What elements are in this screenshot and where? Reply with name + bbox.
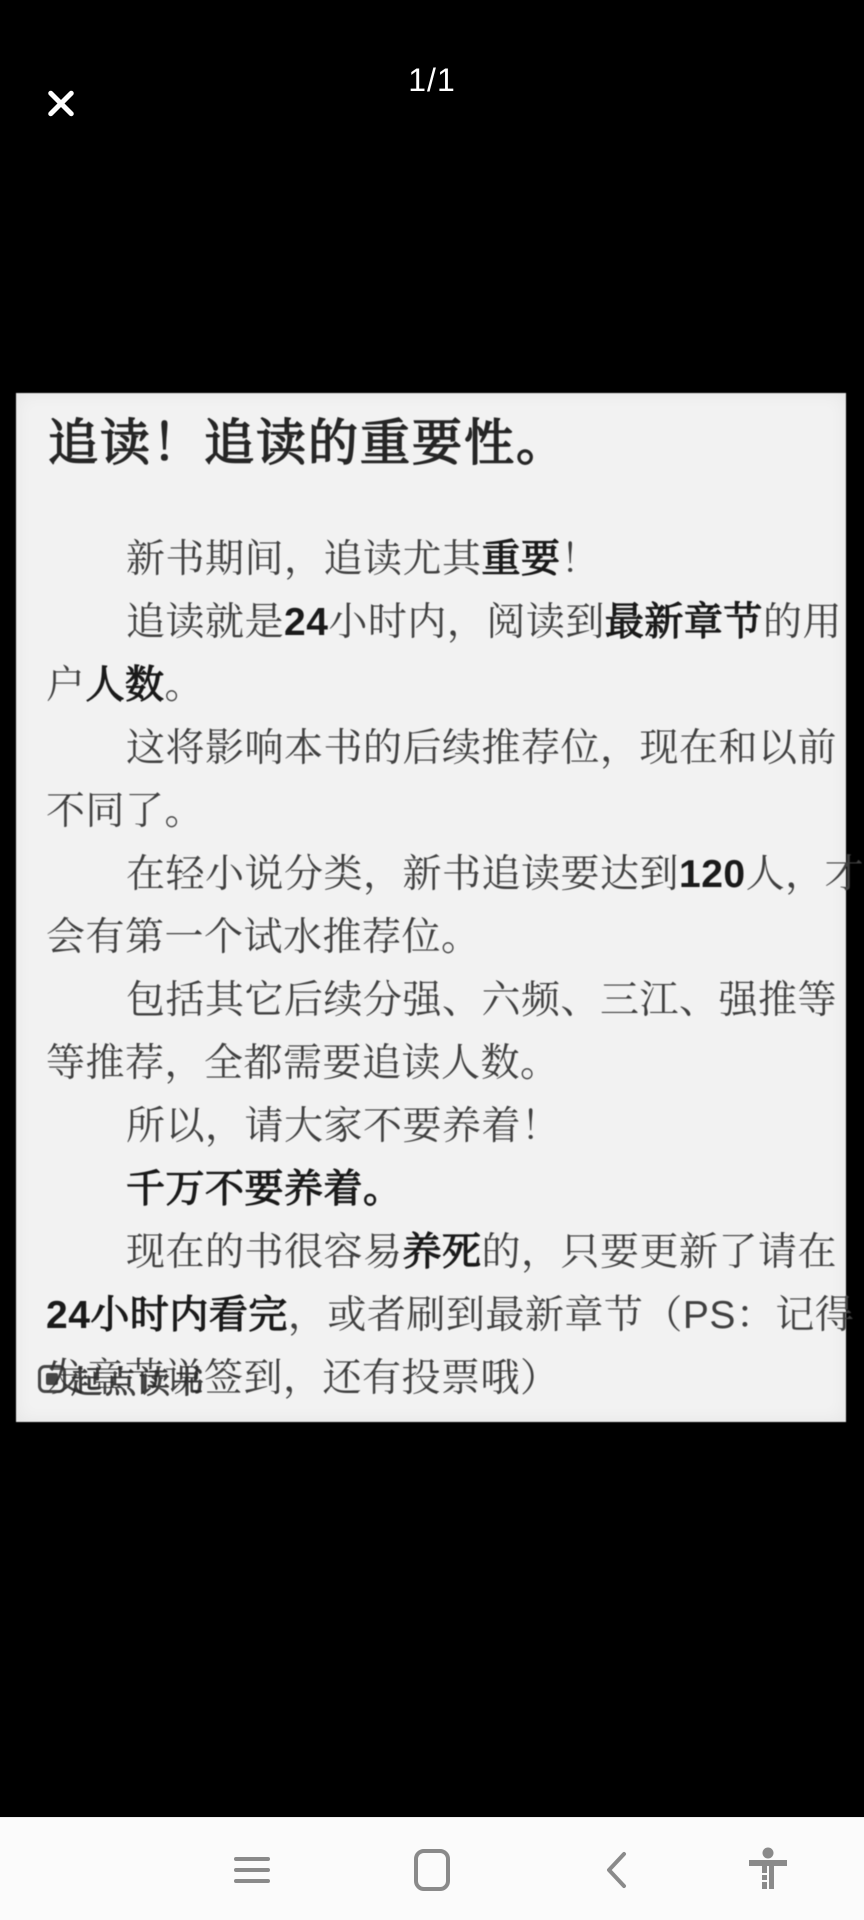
text-segment: 现在的书很容易 xyxy=(126,1231,403,1274)
menu-icon xyxy=(234,1850,270,1890)
text-segment: 户 xyxy=(46,664,86,707)
menu-button[interactable] xyxy=(197,1818,307,1920)
text-line: 所以，请大家不要养着！ xyxy=(46,1095,822,1158)
bold-text: 24小时内看完 xyxy=(46,1294,288,1337)
home-button[interactable] xyxy=(377,1818,487,1920)
text-line: 千万不要养着。 xyxy=(46,1158,822,1221)
accessibility-icon xyxy=(748,1846,788,1894)
accessibility-button[interactable] xyxy=(713,1818,823,1920)
back-icon xyxy=(602,1849,630,1891)
text-line: 在轻小说分类，新书追读要达到120人，才 xyxy=(46,843,822,906)
page-indicator: 1/1 xyxy=(0,62,864,99)
text-segment: 等推荐，全都需要追读人数。 xyxy=(46,1042,560,1085)
text-line: 现在的书很容易养死的，只要更新了请在 xyxy=(46,1221,822,1284)
text-segment: 不同了。 xyxy=(46,790,204,833)
bold-text: 千万不要养着。 xyxy=(126,1168,403,1211)
text-line: 这将影响本书的后续推荐位，现在和以前 xyxy=(46,717,822,780)
text-segment: 这将影响本书的后续推荐位，现在和以前 xyxy=(126,727,837,770)
text-line: 包括其它后续分强、六频、三江、强推等 xyxy=(46,969,822,1032)
body-text: 新书期间，追读尤其重要！追读就是24小时内，阅读到最新章节的用户人数。这将影响本… xyxy=(46,528,822,1410)
text-segment: ！ xyxy=(561,538,601,581)
bold-text: 24 xyxy=(284,601,328,644)
bold-text: 120 xyxy=(679,853,746,896)
text-segment: 所以，请大家不要养着！ xyxy=(126,1105,561,1148)
text-line: 新书期间，追读尤其重要！ xyxy=(46,528,822,591)
watermark-text: 起点读书 xyxy=(71,1357,207,1402)
navigation-bar xyxy=(0,1817,864,1920)
text-segment: 的用 xyxy=(763,601,842,644)
qidian-logo-icon xyxy=(38,1365,66,1393)
text-segment: 追读就是 xyxy=(126,601,284,644)
text-segment: 的，只要更新了请在 xyxy=(482,1231,838,1274)
home-icon xyxy=(414,1849,450,1891)
text-line: 会有第一个试水推荐位。 xyxy=(46,906,822,969)
text-segment: 。 xyxy=(165,664,205,707)
bold-text: 重要 xyxy=(482,538,561,581)
text-segment: 小时内，阅读到 xyxy=(328,601,605,644)
text-line: 24小时内看完，或者刷到最新章节（PS：记得 xyxy=(46,1284,822,1347)
bold-text: 人数 xyxy=(86,664,165,707)
back-button[interactable] xyxy=(561,1818,671,1920)
bold-text: 最新章节 xyxy=(605,601,763,644)
text-line: 不同了。 xyxy=(46,780,822,843)
text-segment: 会有第一个试水推荐位。 xyxy=(46,916,481,959)
image-viewer-screen: 1/1 追读！追读的重要性。 新书期间，追读尤其重要！追读就是24小时内，阅读到… xyxy=(0,0,864,1920)
text-segment: 人，才 xyxy=(746,853,864,896)
text-line: 户人数。 xyxy=(46,654,822,717)
photo-image[interactable]: 追读！追读的重要性。 新书期间，追读尤其重要！追读就是24小时内，阅读到最新章节… xyxy=(16,393,846,1422)
photo-title: 追读！追读的重要性。 xyxy=(48,403,568,475)
text-segment: ，或者刷到最新章节（PS：记得 xyxy=(288,1294,855,1337)
text-segment: 新书期间，追读尤其 xyxy=(126,538,482,581)
text-segment: 包括其它后续分强、六频、三江、强推等 xyxy=(126,979,837,1022)
text-segment: 在轻小说分类，新书追读要达到 xyxy=(126,853,679,896)
viewer-topbar: 1/1 xyxy=(0,0,864,160)
bold-text: 养死 xyxy=(403,1231,482,1274)
text-line: 追读就是24小时内，阅读到最新章节的用 xyxy=(46,591,822,654)
qidian-watermark: 起点读书 xyxy=(38,1359,207,1399)
text-line: 等推荐，全都需要追读人数。 xyxy=(46,1032,822,1095)
